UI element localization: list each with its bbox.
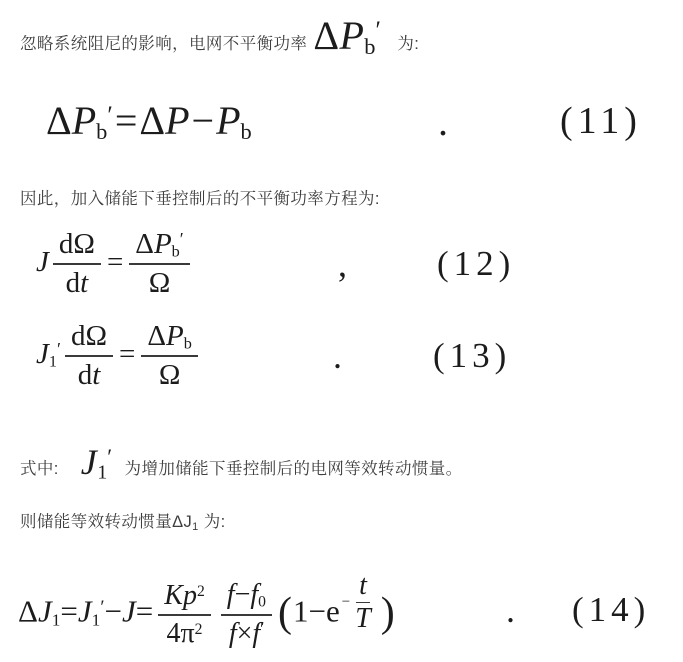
equation-14: ΔJ1=J1′−J=Kp24π2f−f0f×f′(1−e−tT) . (14)	[0, 564, 683, 656]
p-symbol: P	[216, 98, 240, 143]
numerator: ΔPb′	[129, 228, 189, 266]
prime-mark: ′	[57, 339, 61, 359]
p-symbol: P	[166, 320, 184, 352]
omega-symbol: Ω	[159, 359, 181, 391]
prime-mark: ′	[107, 102, 112, 129]
omega-symbol: Ω	[85, 320, 107, 352]
differential-d: d	[66, 267, 81, 299]
delta-symbol: Δ	[147, 320, 166, 352]
fraction-deltapb-omega: ΔPb′Ω	[129, 228, 189, 301]
equation-punctuation: .	[438, 98, 448, 145]
paragraph-damping-intro: 忽略系统阻尼的影响，电网不平衡功率ΔPb′为:	[20, 12, 419, 60]
delta-symbol: Δ	[139, 98, 165, 143]
numerator: t	[356, 570, 370, 603]
delta-symbol: Δ	[46, 98, 72, 143]
p-symbol: P	[72, 98, 96, 143]
t-symbol: t	[80, 267, 88, 299]
inline-math-delta-pb-prime: ΔPb′	[313, 13, 381, 58]
equation-11: ΔPb′=ΔP−Pb . (11)	[0, 88, 683, 154]
equals-sign: =	[113, 98, 140, 143]
paragraph-equivalent-inertia: 则储能等效转动惯量ΔJ1 为:	[20, 508, 226, 533]
f-symbol: f	[252, 618, 260, 649]
omega-symbol: Ω	[149, 267, 171, 299]
exponent-block: −tT	[342, 570, 376, 635]
equals-sign: =	[136, 594, 153, 629]
minus-sign: −	[190, 98, 217, 143]
subscript-0: 0	[258, 594, 266, 611]
paragraph-text: 为:	[397, 35, 419, 53]
subscript-b: b	[241, 119, 252, 144]
t-symbol: t	[92, 359, 100, 391]
equation-punctuation: ,	[338, 243, 347, 285]
subscript-1: 1	[192, 521, 199, 533]
number-one: 1	[293, 594, 309, 629]
euler-e: e	[326, 594, 340, 629]
times-sign: ×	[237, 618, 253, 649]
four-pi: 4π	[167, 618, 195, 649]
paragraph-text: 忽略系统阻尼的影响，电网不平衡功率	[20, 35, 307, 53]
denominator: f×f′	[229, 616, 264, 650]
subscript-1: 1	[97, 461, 107, 483]
prime-mark: ′	[107, 444, 112, 469]
subscript-b: b	[96, 119, 107, 144]
inline-math-j1-prime: J1′	[81, 442, 113, 482]
equation-12-body: JdΩdt=ΔPb′Ω	[0, 228, 194, 301]
j-symbol: J	[81, 442, 97, 482]
equals-sign: =	[60, 594, 77, 629]
differential-d: d	[71, 320, 86, 352]
p-symbol: P	[165, 98, 189, 143]
numerator: ΔPb	[141, 320, 198, 358]
numerator: f−f0	[221, 579, 272, 615]
k-symbol: K	[164, 580, 183, 611]
p-symbol: P	[339, 13, 364, 58]
paragraph-text: 因此，加入储能下垂控制后的不平衡功率方程为:	[20, 190, 380, 208]
f-symbol: f	[229, 618, 237, 649]
subscript-b: b	[172, 242, 180, 260]
equation-14-body: ΔJ1=J1′−J=Kp24π2f−f0f×f′(1−e−tT)	[0, 570, 396, 650]
fraction-kp2-4pi2: Kp24π2	[158, 580, 211, 650]
fraction-frequency-ratio: f−f0f×f′	[221, 579, 272, 649]
subscript-1: 1	[49, 352, 57, 370]
j-symbol: J	[36, 338, 49, 370]
prime-mark: ′	[375, 17, 381, 44]
delta-symbol: Δ	[135, 228, 154, 260]
f-symbol: f	[227, 579, 235, 610]
minus-sign: −	[309, 594, 326, 629]
subscript-b: b	[364, 34, 375, 59]
fraction-t-over-T: tT	[355, 570, 371, 635]
equation-number: (11)	[560, 99, 642, 143]
denominator: dt	[66, 265, 89, 300]
equation-12: JdΩdt=ΔPb′Ω , (12)	[0, 226, 683, 302]
j-symbol: J	[38, 594, 52, 629]
minus-sign: −	[342, 594, 350, 610]
where-label: 式中:	[20, 460, 59, 478]
denominator: Ω	[149, 265, 171, 300]
differential-d: d	[59, 228, 74, 260]
f-symbol: f	[250, 579, 258, 610]
paragraph-where-clause: 式中:J1′为增加储能下垂控制后的电网等效转动惯量。	[20, 441, 463, 484]
omega-symbol: Ω	[73, 228, 95, 260]
equation-number: (14)	[572, 590, 650, 630]
delta-symbol: Δ	[313, 13, 339, 58]
prime-mark: ′	[260, 619, 264, 638]
superscript-2: 2	[195, 621, 203, 638]
paragraph-droop-control: 因此，加入储能下垂控制后的不平衡功率方程为:	[20, 185, 380, 209]
fraction-domega-dt: dΩdt	[65, 320, 113, 392]
numerator: dΩ	[53, 228, 101, 265]
p-symbol: P	[154, 228, 172, 260]
equation-number: (13)	[433, 336, 511, 376]
numerator: Kp2	[158, 580, 211, 616]
fraction-domega-dt: dΩdt	[53, 228, 101, 300]
equation-13-body: J1′dΩdt=ΔPbΩ	[0, 320, 202, 393]
superscript-2: 2	[197, 583, 205, 600]
prime-mark: ′	[180, 229, 184, 249]
j-symbol: J	[36, 246, 49, 278]
equation-13: J1′dΩdt=ΔPbΩ . (13)	[0, 318, 683, 394]
paragraph-text: 为:	[204, 513, 226, 531]
equation-number: (12)	[437, 244, 515, 284]
paragraph-text: 则储能等效转动惯量ΔJ	[20, 513, 192, 531]
equation-11-body: ΔPb′=ΔP−Pb	[0, 97, 252, 145]
equals-sign: =	[117, 338, 137, 370]
equation-punctuation: .	[333, 335, 342, 377]
denominator: Ω	[159, 357, 181, 392]
minus-sign: −	[105, 594, 122, 629]
differential-d: d	[78, 359, 93, 391]
delta-symbol: Δ	[18, 594, 38, 629]
equation-punctuation: .	[506, 589, 515, 631]
right-paren: )	[380, 590, 396, 636]
j-symbol: J	[78, 594, 92, 629]
p-symbol: p	[183, 580, 197, 611]
numerator: dΩ	[65, 320, 113, 357]
equals-sign: =	[105, 246, 125, 278]
denominator: dt	[78, 357, 101, 392]
j-symbol: J	[122, 594, 136, 629]
left-paren: (	[277, 590, 293, 636]
paragraph-text: 为增加储能下垂控制后的电网等效转动惯量。	[125, 460, 463, 478]
fraction-deltapb-omega: ΔPbΩ	[141, 320, 198, 393]
document-page: 忽略系统阻尼的影响，电网不平衡功率ΔPb′为: ΔPb′=ΔP−Pb . (11…	[0, 0, 683, 662]
minus-sign: −	[235, 579, 251, 610]
denominator: T	[355, 603, 371, 635]
subscript-b: b	[184, 334, 192, 352]
denominator: 4π2	[167, 616, 203, 650]
